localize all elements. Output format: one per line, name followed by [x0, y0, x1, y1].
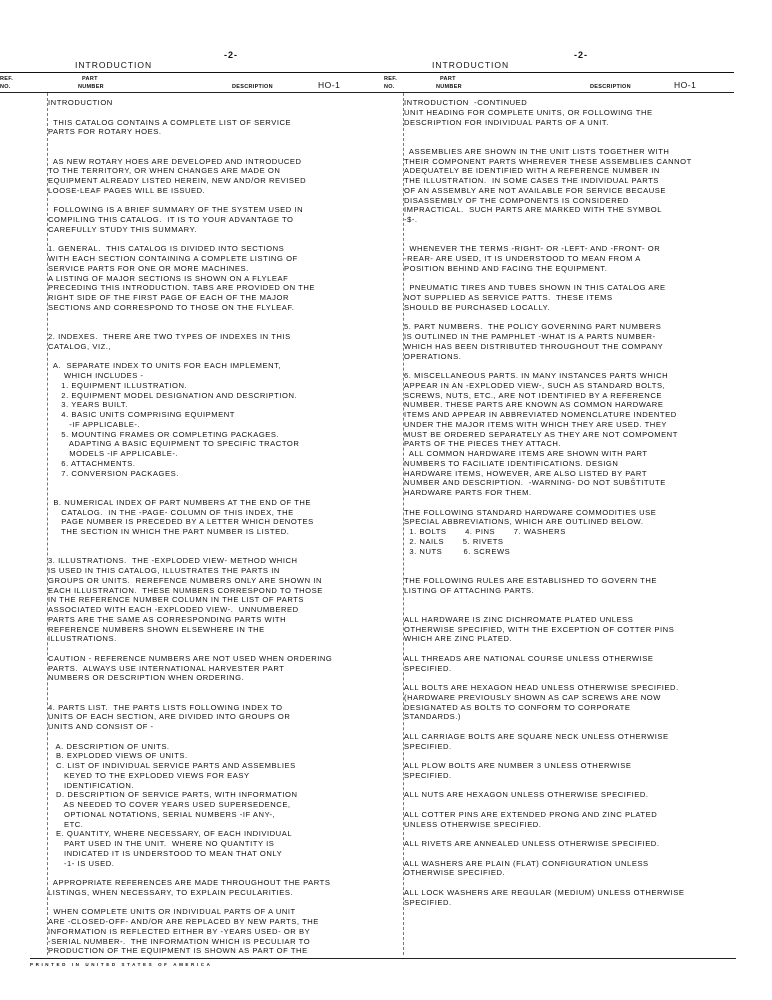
header-bottom-rule: [384, 92, 734, 93]
text-line: SPECIFIED.: [404, 664, 692, 674]
text-line: ALL CARRIAGE BOLTS ARE SQUARE NECK UNLES…: [404, 732, 692, 742]
description-label: DESCRIPTION: [590, 84, 631, 90]
text-line: THE FOLLOWING RULES ARE ESTABLISHED TO G…: [404, 576, 692, 586]
text-line: [48, 732, 332, 742]
text-line: [404, 849, 692, 859]
text-line: NOT SUPPLIED AS SERVICE PATTS. THESE ITE…: [404, 293, 692, 303]
text-line: IS OUTLINED IN THE PAMPHLET -WHAT IS A P…: [404, 332, 692, 342]
text-line: 7. CONVERSION PACKAGES.: [48, 469, 332, 479]
text-line: WHEN COMPLETE UNITS OR INDIVIDUAL PARTS …: [48, 907, 332, 917]
text-line: [404, 498, 692, 508]
text-line: [48, 137, 332, 147]
text-line: PAGE NUMBER IS PRECEDED BY A LETTER WHIC…: [48, 517, 332, 527]
text-line: [404, 722, 692, 732]
text-line: EACH ILLUSTRATION. THESE NUMBERS CORRESP…: [48, 586, 332, 596]
text-line: NUMBER. THESE PARTS ARE KNOWN AS COMMON …: [404, 400, 692, 410]
text-line: AS NEW ROTARY HOES ARE DEVELOPED AND INT…: [48, 157, 332, 167]
text-line: ILLUSTRATIONS.: [48, 634, 332, 644]
text-line: KEYED TO THE EXPLODED VIEWS FOR EASY: [48, 771, 332, 781]
text-line: SECTIONS AND CORRESPOND TO THOSE ON THE …: [48, 303, 332, 313]
text-line: THEIR COMPONENT PARTS WHEREVER THESE ASS…: [404, 157, 692, 167]
text-line: ALL BOLTS ARE HEXAGON HEAD UNLESS OTHERW…: [404, 683, 692, 693]
text-line: ALL LOCK WASHERS ARE REGULAR (MEDIUM) UN…: [404, 888, 692, 898]
text-line: [48, 322, 332, 332]
text-line: ALL WASHERS ARE PLAIN (FLAT) CONFIGURATI…: [404, 859, 692, 869]
part-number-label-2: NUMBER: [78, 84, 104, 90]
text-line: 1. GENERAL. THIS CATALOG IS DIVIDED INTO…: [48, 244, 332, 254]
text-line: HARDWARE PARTS FOR THEM.: [404, 488, 692, 498]
part-number-label-2: NUMBER: [436, 84, 462, 90]
text-line: UNIT HEADING FOR COMPLETE UNITS, OR FOLL…: [404, 108, 692, 118]
page-number: -2-: [224, 50, 238, 60]
ref-no-label-2: NO.: [0, 84, 11, 90]
text-line: [404, 566, 692, 576]
text-line: 1. BOLTS 4. PINS 7. WASHERS: [404, 527, 692, 537]
catalog-page-left: -2- INTRODUCTION REF. NO. PART NUMBER DE…: [0, 0, 384, 1000]
text-line: -REAR- ARE USED, IT IS UNDERSTOOD TO MEA…: [404, 254, 692, 264]
text-line: ITEMS AND APPEAR IN ABBREVIATED NOMENCLA…: [404, 410, 692, 420]
text-line: 5. PART NUMBERS. THE POLICY GOVERNING PA…: [404, 322, 692, 332]
text-line: IS USED IN THIS CATALOG, ILLUSTRATES THE…: [48, 566, 332, 576]
text-line: 3. ILLUSTRATIONS. THE -EXPLODED VIEW- ME…: [48, 556, 332, 566]
text-line: [404, 605, 692, 615]
text-line: APPROPRIATE REFERENCES ARE MADE THROUGHO…: [48, 878, 332, 888]
text-line: OF AN ASSEMBLY ARE NOT AVAILABLE FOR SER…: [404, 186, 692, 196]
text-line: INFORMATION IS REFLECTED EITHER BY -YEAR…: [48, 927, 332, 937]
text-line: ALL RIVETS ARE ANNEALED UNLESS OTHERWISE…: [404, 839, 692, 849]
text-line: ALL COMMON HARDWARE ITEMS ARE SHOWN WITH…: [404, 449, 692, 459]
text-line: OTHERWISE SPECIFIED.: [404, 868, 692, 878]
text-line: ADAPTING A BASIC EQUIPMENT TO SPECIFIC T…: [48, 439, 332, 449]
text-line: SPECIFIED.: [404, 742, 692, 752]
text-line: -IF APPLICABLE-.: [48, 420, 332, 430]
text-line: CATALOG. IN THE -PAGE- COLUMN OF THIS IN…: [48, 508, 332, 518]
text-line: [48, 693, 332, 703]
text-line: PARTS OF THE PIECES THEY ATTACH.: [404, 439, 692, 449]
text-line: PRODUCTION OF THE EQUIPMENT IS SHOWN AS …: [48, 946, 332, 956]
text-line: LISTINGS, WHEN NECESSARY, TO EXPLAIN PEC…: [48, 888, 332, 898]
text-line: WITH EACH SECTION CONTAINING A COMPLETE …: [48, 254, 332, 264]
text-line: [404, 225, 692, 235]
footer-rule: [384, 958, 736, 959]
text-line: (HARDWARE PREVIOUSLY SHOWN AS CAP SCREWS…: [404, 693, 692, 703]
text-line: 3. NUTS 6. SCREWS: [404, 547, 692, 557]
text-line: SCREWS, NUTS, ETC., ARE NOT IDENTIFIED B…: [404, 391, 692, 401]
page-body-text: INTRODUCTION THIS CATALOG CONTAINS A COM…: [48, 98, 332, 956]
text-line: ALL PLOW BOLTS ARE NUMBER 3 UNLESS OTHER…: [404, 761, 692, 771]
text-line: POSITION BEHIND AND FACING THE EQUIPMENT…: [404, 264, 692, 274]
text-line: THE FOLLOWING STANDARD HARDWARE COMMODIT…: [404, 508, 692, 518]
page-body-text: INTRODUCTION -CONTINUEDUNIT HEADING FOR …: [404, 98, 692, 907]
text-line: ALL NUTS ARE HEXAGON UNLESS OTHERWISE SP…: [404, 790, 692, 800]
text-line: ADEQUATELY BE IDENTIFIED WITH A REFERENC…: [404, 166, 692, 176]
ref-no-label: REF.: [384, 76, 397, 82]
text-line: FOLLOWING IS A BRIEF SUMMARY OF THE SYST…: [48, 205, 332, 215]
text-line: [48, 898, 332, 908]
text-line: HARDWARE ITEMS, HOWEVER, ARE ALSO LISTED…: [404, 469, 692, 479]
text-line: -SERIAL NUMBER-. THE INFORMATION WHICH I…: [48, 937, 332, 947]
text-line: [404, 556, 692, 566]
text-line: CATALOG, VIZ.,: [48, 342, 332, 352]
catalog-page-right: -2- INTRODUCTION REF. NO. PART NUMBER DE…: [384, 0, 772, 1000]
text-line: DISASSEMBLY OF THE COMPONENTS IS CONSIDE…: [404, 196, 692, 206]
text-line: DESCRIPTION FOR INDIVIDUAL PARTS OF A UN…: [404, 118, 692, 128]
description-label: DESCRIPTION: [232, 84, 273, 90]
text-line: 6. ATTACHMENTS.: [48, 459, 332, 469]
text-line: ALL THREADS ARE NATIONAL COURSE UNLESS O…: [404, 654, 692, 664]
text-line: [48, 683, 332, 693]
text-line: LOOSE-LEAF PAGES WILL BE ISSUED.: [48, 186, 332, 196]
text-line: 2. NAILS 5. RIVETS: [404, 537, 692, 547]
text-line: [404, 235, 692, 245]
text-line: SHOULD BE PURCHASED LOCALLY.: [404, 303, 692, 313]
text-line: REFERENCE NUMBERS SHOWN ELSEWHERE IN THE: [48, 625, 332, 635]
text-line: [404, 673, 692, 683]
text-line: APPEAR IN AN -EXPLODED VIEW-, SUCH AS ST…: [404, 381, 692, 391]
text-line: [404, 644, 692, 654]
text-line: AS NEEDED TO COVER YEARS USED SUPERSEDEN…: [48, 800, 332, 810]
text-line: SPECIFIED.: [404, 771, 692, 781]
header-top-rule: [0, 72, 384, 73]
part-number-label: PART: [82, 76, 98, 82]
text-line: [48, 147, 332, 157]
text-line: INTRODUCTION -CONTINUED: [404, 98, 692, 108]
text-line: PARTS FOR ROTARY HOES.: [48, 127, 332, 137]
text-line: OPTIONAL NOTATIONS, SERIAL NUMBERS -IF A…: [48, 810, 332, 820]
text-line: [48, 547, 332, 557]
text-line: INDICATED IT IS UNDERSTOOD TO MEAN THAT …: [48, 849, 332, 859]
text-line: [48, 537, 332, 547]
text-line: UNDER THE MAJOR ITEMS WITH WHICH THEY AR…: [404, 420, 692, 430]
text-line: NUMBERS OR DESCRIPTION WHEN ORDERING.: [48, 673, 332, 683]
text-line: OPERATIONS.: [404, 352, 692, 362]
text-line: -1- IS USED.: [48, 859, 332, 869]
part-number-label: PART: [440, 76, 456, 82]
text-line: C. LIST OF INDIVIDUAL SERVICE PARTS AND …: [48, 761, 332, 771]
text-line: NUMBER AND DESCRIPTION. -WARNING- DO NOT…: [404, 478, 692, 488]
text-line: LISTING OF ATTACHING PARTS.: [404, 586, 692, 596]
text-line: [404, 313, 692, 323]
text-line: B. NUMERICAL INDEX OF PART NUMBERS AT TH…: [48, 498, 332, 508]
text-line: IMPRACTICAL. SUCH PARTS ARE MARKED WITH …: [404, 205, 692, 215]
text-line: DESIGNATED AS BOLTS TO CONFORM TO CORPOR…: [404, 703, 692, 713]
text-line: SPECIFIED.: [404, 898, 692, 908]
text-line: [48, 235, 332, 245]
text-line: COMPILING THIS CATALOG. IT IS TO YOUR AD…: [48, 215, 332, 225]
text-line: PART USED IN THE UNIT. WHERE NO QUANTITY…: [48, 839, 332, 849]
text-line: [404, 137, 692, 147]
header-bottom-rule: [0, 92, 384, 93]
text-line: [404, 127, 692, 137]
ref-no-label: REF.: [0, 76, 13, 82]
text-line: A. DESCRIPTION OF UNITS.: [48, 742, 332, 752]
text-line: WHICH HAS BEEN DISTRIBUTED THROUGHOUT TH…: [404, 342, 692, 352]
text-line: [48, 644, 332, 654]
text-line: WHICH ARE ZINC PLATED.: [404, 634, 692, 644]
text-line: UNITS AND CONSIST OF -: [48, 722, 332, 732]
text-line: ASSEMBLIES ARE SHOWN IN THE UNIT LISTS T…: [404, 147, 692, 157]
catalog-code: HO-1: [674, 80, 696, 90]
text-line: -$-.: [404, 215, 692, 225]
text-line: [404, 595, 692, 605]
text-line: [404, 751, 692, 761]
text-line: IDENTIFICATION.: [48, 781, 332, 791]
text-line: E. QUANTITY, WHERE NECESSARY, OF EACH IN…: [48, 829, 332, 839]
text-line: THE SECTION IN WHICH THE PART NUMBER IS …: [48, 527, 332, 537]
text-line: RIGHT SIDE OF THE FIRST PAGE OF EACH OF …: [48, 293, 332, 303]
text-line: [404, 274, 692, 284]
text-line: [48, 108, 332, 118]
text-line: STANDARDS.): [404, 712, 692, 722]
text-line: PARTS ARE THE SAME AS CORRESPONDING PART…: [48, 615, 332, 625]
header-top-rule: [384, 72, 734, 73]
text-line: PRECEDING THIS INTRODUCTION. TABS ARE PR…: [48, 283, 332, 293]
text-line: 5. MOUNTING FRAMES OR COMPLETING PACKAGE…: [48, 430, 332, 440]
text-line: EQUIPMENT ALREADY LISTED HEREIN, NEW AND…: [48, 176, 332, 186]
text-line: [404, 878, 692, 888]
text-line: ALL COTTER PINS ARE EXTENDED PRONG AND Z…: [404, 810, 692, 820]
text-line: A LISTING OF MAJOR SECTIONS IS SHOWN ON …: [48, 274, 332, 284]
text-line: [48, 196, 332, 206]
text-line: GROUPS OR UNITS. REREFENCE NUMBERS ONLY …: [48, 576, 332, 586]
text-line: [48, 352, 332, 362]
footer-rule: [30, 958, 384, 959]
text-line: 6. MISCELLANEOUS PARTS. IN MANY INSTANCE…: [404, 371, 692, 381]
text-line: NUMBERS TO FACILIATE IDENTIFICATIONS. DE…: [404, 459, 692, 469]
text-line: INTRODUCTION: [48, 98, 332, 108]
text-line: [404, 829, 692, 839]
text-line: A. SEPARATE INDEX TO UNITS FOR EACH IMPL…: [48, 361, 332, 371]
text-line: 4. BASIC UNITS COMPRISING EQUIPMENT: [48, 410, 332, 420]
page-number: -2-: [574, 50, 588, 60]
text-line: [404, 800, 692, 810]
text-line: PNEUMATIC TIRES AND TUBES SHOWN IN THIS …: [404, 283, 692, 293]
text-line: 2. INDEXES. THERE ARE TWO TYPES OF INDEX…: [48, 332, 332, 342]
text-line: WHENEVER THE TERMS -RIGHT- OR -LEFT- AND…: [404, 244, 692, 254]
text-line: 1. EQUIPMENT ILLUSTRATION.: [48, 381, 332, 391]
text-line: MUST BE ORDERED SEPARATELY AS THEY ARE N…: [404, 430, 692, 440]
text-line: [404, 361, 692, 371]
text-line: [48, 488, 332, 498]
section-title: INTRODUCTION: [432, 60, 509, 70]
text-line: MODELS -IF APPLICABLE-.: [48, 449, 332, 459]
text-line: D. DESCRIPTION OF SERVICE PARTS, WITH IN…: [48, 790, 332, 800]
text-line: ASSOCIATED WITH EACH -EXPLODED VIEW-. UN…: [48, 605, 332, 615]
text-line: B. EXPLODED VIEWS OF UNITS.: [48, 751, 332, 761]
printed-in-note: PRINTED IN UNITED STATES OF AMERICA: [30, 962, 212, 967]
text-line: ETC.: [48, 820, 332, 830]
ref-no-label-2: NO.: [384, 84, 395, 90]
text-line: UNLESS OTHERWISE SPECIFIED.: [404, 820, 692, 830]
text-line: CAREFULLY STUDY THIS SUMMARY.: [48, 225, 332, 235]
text-line: 2. EQUIPMENT MODEL DESIGNATION AND DESCR…: [48, 391, 332, 401]
text-line: 4. PARTS LIST. THE PARTS LISTS FOLLOWING…: [48, 703, 332, 713]
text-line: [48, 313, 332, 323]
text-line: SPECIAL ABBREVIATIONS, WHICH ARE OUTLINE…: [404, 517, 692, 527]
text-line: [404, 781, 692, 791]
text-line: THE ILLUSTRATION. IN SOME CASES THE INDI…: [404, 176, 692, 186]
text-line: ARE -CLOSED-OFF- AND/OR ARE REPLACED BY …: [48, 917, 332, 927]
text-line: SERVICE PARTS FOR ONE OR MORE MACHINES.: [48, 264, 332, 274]
text-line: 3. YEARS BUILT.: [48, 400, 332, 410]
text-line: CAUTION - REFERENCE NUMBERS ARE NOT USED…: [48, 654, 332, 664]
text-line: PARTS. ALWAYS USE INTERNATIONAL HARVESTE…: [48, 664, 332, 674]
catalog-code: HO-1: [318, 80, 340, 90]
text-line: UNITS OF EACH SECTION, ARE DIVIDED INTO …: [48, 712, 332, 722]
text-line: OTHERWISE SPECIFIED, WITH THE EXCEPTION …: [404, 625, 692, 635]
text-line: WHICH INCLUDES -: [48, 371, 332, 381]
text-line: IN THE REFERENCE NUMBER COLUMN IN THE LI…: [48, 595, 332, 605]
section-title: INTRODUCTION: [75, 60, 152, 70]
text-line: TO THE TERRITORY, OR WHEN CHANGES ARE MA…: [48, 166, 332, 176]
text-line: THIS CATALOG CONTAINS A COMPLETE LIST OF…: [48, 118, 332, 128]
text-line: [48, 478, 332, 488]
text-line: ALL HARDWARE IS ZINC DICHROMATE PLATED U…: [404, 615, 692, 625]
text-line: [48, 868, 332, 878]
